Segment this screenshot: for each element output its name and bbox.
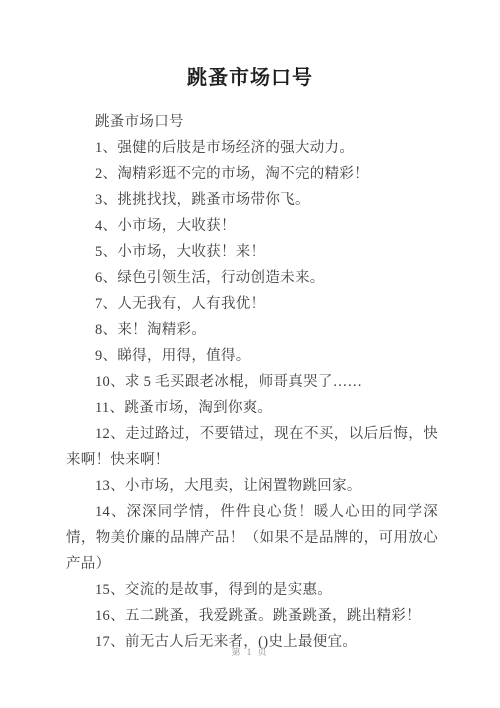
document-subtitle: 跳蚤市场口号	[66, 109, 438, 135]
slogan-item: 6、绿色引领生活，行动创造未来。	[66, 265, 438, 291]
document-body: 跳蚤市场口号 1、强健的后肢是市场经济的强大动力。2、淘精彩逛不完的市场，淘不完…	[66, 109, 438, 655]
slogan-item: 11、跳蚤市场，淘到你爽。	[66, 395, 438, 421]
slogan-list: 1、强健的后肢是市场经济的强大动力。2、淘精彩逛不完的市场，淘不完的精彩！3、挑…	[66, 135, 438, 655]
slogan-item: 9、睇得，用得，值得。	[66, 343, 438, 369]
slogan-item: 12、走过路过，不要错过，现在不买，以后后悔，快来啊！快来啊！	[66, 421, 438, 473]
slogan-item: 2、淘精彩逛不完的市场，淘不完的精彩！	[66, 161, 438, 187]
slogan-item: 13、小市场，大甩卖，让闲置物跳回家。	[66, 473, 438, 499]
slogan-item: 3、挑挑找找，跳蚤市场带你飞。	[66, 187, 438, 213]
slogan-item: 5、小市场，大收获！来！	[66, 239, 438, 265]
slogan-item: 8、来！淘精彩。	[66, 317, 438, 343]
slogan-item: 10、求 5 毛买跟老冰棍，师哥真哭了……	[66, 369, 438, 395]
document-page: 跳蚤市场口号 跳蚤市场口号 1、强健的后肢是市场经济的强大动力。2、淘精彩逛不完…	[0, 0, 500, 708]
slogan-item: 4、小市场，大收获！	[66, 213, 438, 239]
document-title: 跳蚤市场口号	[0, 0, 500, 92]
slogan-item: 1、强健的后肢是市场经济的强大动力。	[66, 135, 438, 161]
slogan-item: 16、五二跳蚤，我爱跳蚤。跳蚤跳蚤，跳出精彩！	[66, 603, 438, 629]
slogan-item: 15、交流的是故事，得到的是实惠。	[66, 577, 438, 603]
slogan-item: 7、人无我有，人有我优！	[66, 291, 438, 317]
page-number-footer: 第 1 页	[0, 646, 500, 658]
slogan-item: 14、深深同学情，件件良心货！暖人心田的同学深情，物美价廉的品牌产品！（如果不是…	[66, 499, 438, 577]
